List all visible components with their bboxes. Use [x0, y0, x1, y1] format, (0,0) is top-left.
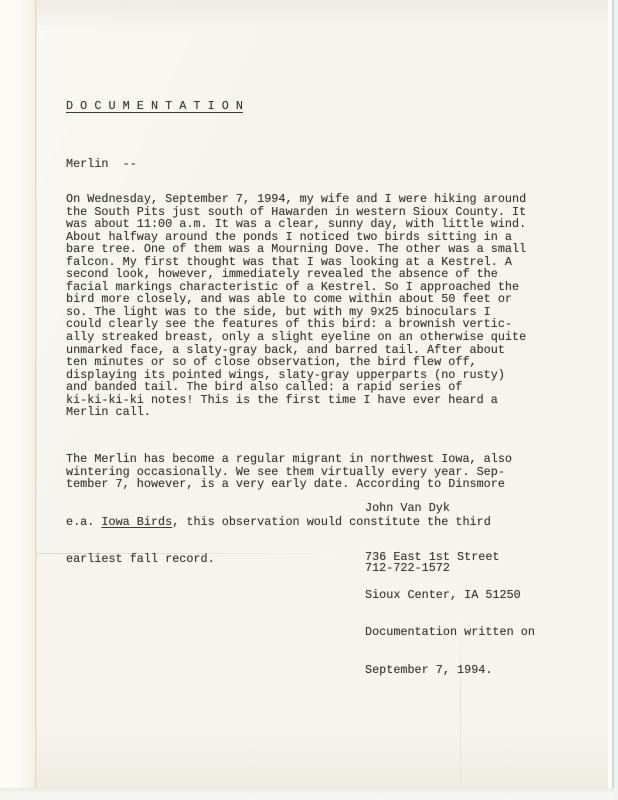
- scanned-document: D O C U M E N T A T I O N Merlin -- On W…: [0, 0, 618, 800]
- text-line: On Wednesday, September 7, 1994, my wife…: [66, 193, 526, 206]
- note-line-1: Documentation written on: [365, 626, 535, 639]
- book-title-iowa-birds: Iowa Birds: [101, 515, 172, 529]
- documentation-note: Documentation written on September 7, 19…: [365, 601, 535, 701]
- citation-pre-text: e.a.: [66, 515, 101, 529]
- text-line: The Merlin has become a regular migrant …: [66, 453, 512, 466]
- paragraph-record-status-lines: The Merlin has become a regular migrant …: [66, 453, 512, 491]
- signature-phone: 712-722-1572: [365, 562, 450, 575]
- scan-right-margin: [614, 0, 618, 800]
- text-line: ally streaked breast, only a slight eyel…: [66, 331, 526, 344]
- text-line: bare tree. One of them was a Mourning Do…: [66, 243, 526, 256]
- text-line: tember 7, however, is a very early date.…: [66, 478, 512, 491]
- paragraph-observation: On Wednesday, September 7, 1994, my wife…: [66, 193, 526, 419]
- text-line: was about 11:00 a.m. It was a clear, sun…: [66, 218, 526, 231]
- text-line: Merlin call.: [66, 406, 526, 419]
- signature-name: John Van Dyk: [365, 502, 450, 515]
- text-line: second look, however, immediately reveal…: [66, 268, 526, 281]
- scan-bottom-margin: [0, 788, 614, 800]
- note-line-2: September 7, 1994.: [365, 664, 535, 677]
- scan-left-margin: [0, 0, 35, 800]
- text-line: and banded tail. The bird also called: a…: [66, 381, 526, 394]
- text-line: ten minutes or so of close observation, …: [66, 356, 526, 369]
- document-title: D O C U M E N T A T I O N: [66, 100, 243, 113]
- address-line-2: Sioux Center, IA 51250: [365, 589, 521, 602]
- paper-left-edge: [35, 0, 37, 792]
- subject-line: Merlin --: [66, 158, 137, 171]
